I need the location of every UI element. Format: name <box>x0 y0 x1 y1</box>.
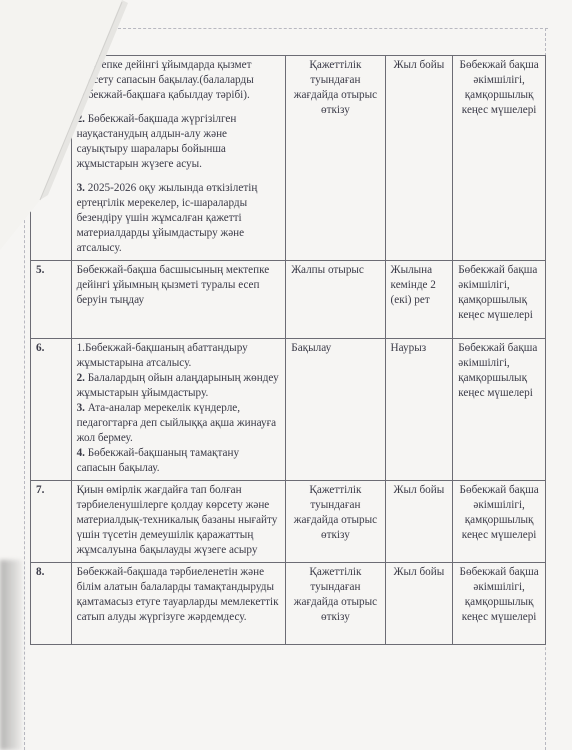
row-form: Жалпы отырыс <box>286 261 385 339</box>
row-content: Қиын өмірлік жағдайға тап болған тәрбиел… <box>71 481 286 563</box>
content-item: Мектепке дейінгі ұйымдарда қызмет көрсет… <box>77 58 281 103</box>
row-time: Наурыз <box>385 339 453 481</box>
row-form: Бақылау <box>286 339 385 481</box>
row-form: Қажеттілік туындаған жағдайда отырыс өтк… <box>286 56 385 261</box>
row-number: 5. <box>31 261 72 339</box>
content-item: 4. Бөбекжай-бақшаның тамақтану сапасын б… <box>77 446 281 476</box>
row-time: Жыл бойы <box>385 56 453 261</box>
scan-smudge <box>0 560 22 750</box>
content-item: 3. 2025-2026 оқу жылында өткізілетің ерт… <box>77 181 281 256</box>
row-content: Бөбекжай-бақшада тәрбиеленетін және білі… <box>71 563 286 645</box>
table-row: 8. Бөбекжай-бақшада тәрбиеленетін және б… <box>31 563 546 645</box>
perforation-left <box>24 200 25 750</box>
row-content: Мектепке дейінгі ұйымдарда қызмет көрсет… <box>71 56 286 261</box>
row-responsible: Бөбекжай бақша әкімшілігі, қамқоршылық к… <box>453 261 546 339</box>
content-item: 2. Балалардың ойын алаңдарының жөндеу жұ… <box>77 371 281 401</box>
row-time: Жыл бойы <box>385 481 453 563</box>
row-form: Қажеттілік туындаған жағдайда отырыс өтк… <box>286 563 385 645</box>
row-number: 7. <box>31 481 72 563</box>
row-responsible: Бөбекжай бақша әкімшілігі, қамқоршылық к… <box>453 56 546 261</box>
row-number: 6. <box>31 339 72 481</box>
plan-table: Мектепке дейінгі ұйымдарда қызмет көрсет… <box>30 55 546 645</box>
row-responsible: Бөбекжай бақша әкімшілігі, қамқоршылық к… <box>453 339 546 481</box>
row-content: 1.Бөбекжай-бақшаның абаттандыру жұмыстар… <box>71 339 286 481</box>
row-time: Жыл бойы <box>385 563 453 645</box>
scanned-page: Мектепке дейінгі ұйымдарда қызмет көрсет… <box>0 0 572 750</box>
row-number <box>31 56 72 261</box>
row-number: 8. <box>31 563 72 645</box>
table-row: 7. Қиын өмірлік жағдайға тап болған тәрб… <box>31 481 546 563</box>
content-item: 1.Бөбекжай-бақшаның абаттандыру жұмыстар… <box>77 341 281 371</box>
table-row: 6. 1.Бөбекжай-бақшаның абаттандыру жұмыс… <box>31 339 546 481</box>
perforation-top <box>118 28 548 29</box>
row-form: Қажеттілік туындаған жағдайда отырыс өтк… <box>286 481 385 563</box>
row-responsible: Бөбекжай бақша әкімшілігі, қамқоршылық к… <box>453 481 546 563</box>
table-row: Мектепке дейінгі ұйымдарда қызмет көрсет… <box>31 56 546 261</box>
content-item: 2. Бөбекжай-бақшада жүргізілген науқаста… <box>77 112 281 172</box>
row-content: Бөбекжай-бақша басшысының мектепке дейін… <box>71 261 286 339</box>
table-row: 5. Бөбекжай-бақша басшысының мектепке де… <box>31 261 546 339</box>
content-item: 3. Ата-аналар мерекелік күндерле, педаго… <box>77 401 281 446</box>
row-time: Жылына кемінде 2 (екі) рет <box>385 261 453 339</box>
row-responsible: Бөбекжай бақша әкімшілігі, қамқоршылық к… <box>453 563 546 645</box>
